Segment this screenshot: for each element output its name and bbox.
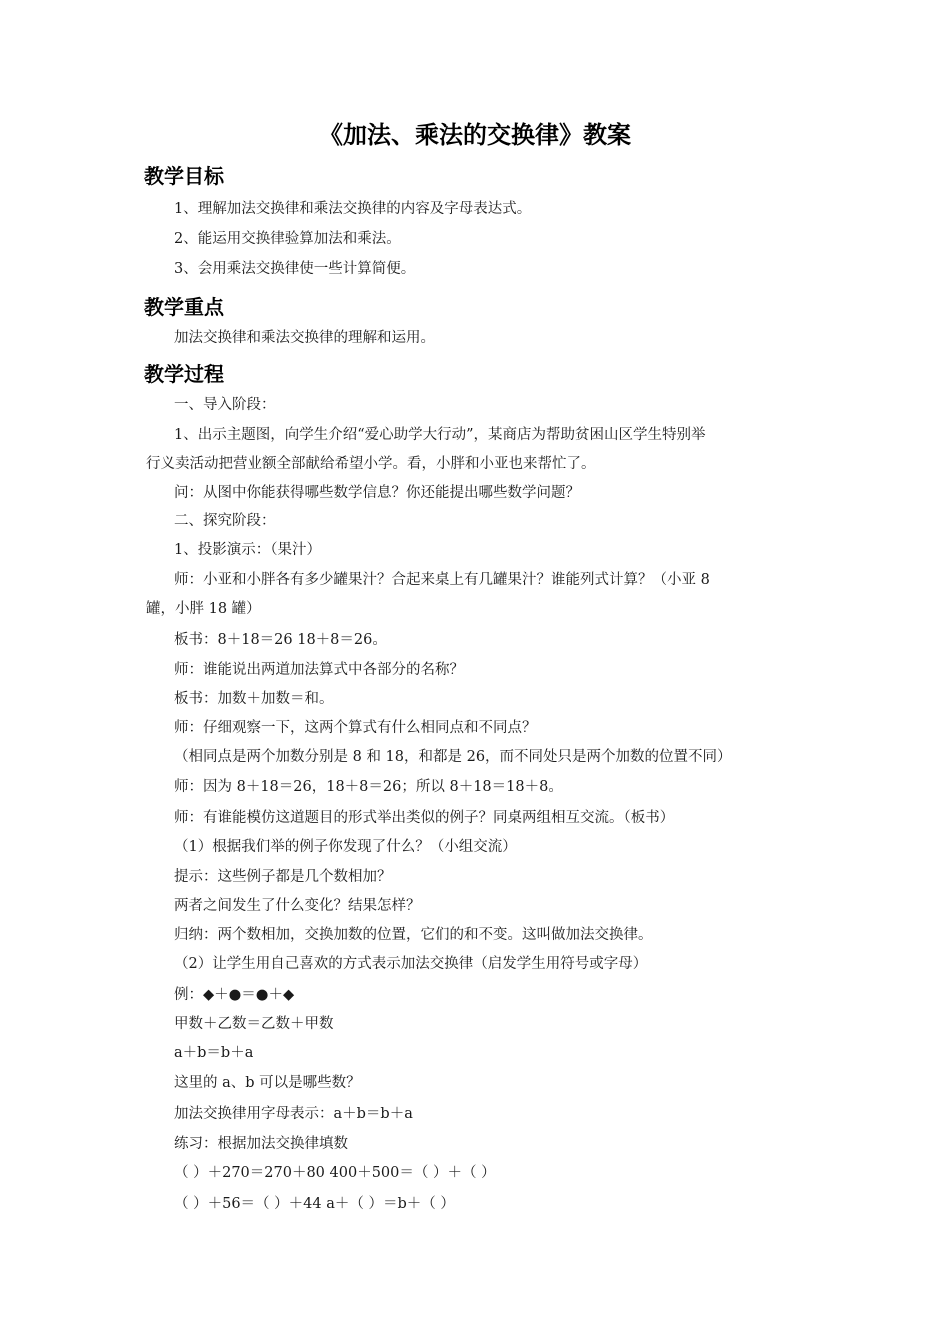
process-line: 加法交换律用字母表示：a＋b＝b＋a [174,1104,413,1124]
exercise-line: （ ）＋56＝（ ）＋44 a＋（ ）＝b＋（ ） [174,1194,455,1214]
process-line: 1、投影演示：（果汁） [174,540,321,560]
process-line: 提示：这些例子都是几个数相加？ [174,867,392,887]
heading-process: 教学过程 [144,358,224,387]
process-line: 板书：8＋18＝26 18＋8＝26。 [174,630,387,650]
process-line: 师：仔细观察一下，这两个算式有什么相同点和不同点？ [174,718,537,738]
objective-item: 3、会用乘法交换律使一些计算简便。 [174,259,415,279]
objective-item: 1、理解加法交换律和乘法交换律的内容及字母表达式。 [174,199,531,219]
process-line: 师：有谁能模仿这道题目的形式举出类似的例子？同桌两组相互交流。（板书） [174,808,674,828]
process-line: 问：从图中你能获得哪些数学信息？你还能提出哪些数学问题？ [174,483,580,503]
process-line: 这里的 a、b 可以是哪些数？ [174,1073,361,1093]
key-points-text: 加法交换律和乘法交换律的理解和运用。 [174,328,435,348]
process-line: 行义卖活动把营业额全部献给希望小学。看，小胖和小亚也来帮忙了。 [146,454,596,474]
process-line: a＋b＝b＋a [174,1043,253,1063]
process-line: 两者之间发生了什么变化？结果怎样？ [174,896,421,916]
heading-objectives: 教学目标 [144,160,224,189]
process-line: （相同点是两个加数分别是 8 和 18，和都是 26，而不同处只是两个加数的位置… [174,747,732,767]
exercise-line: （ ）＋270＝270＋80 400＋500＝（ ）＋（ ） [174,1163,496,1183]
process-line: 归纳：两个数相加，交换加数的位置，它们的和不变。这叫做加法交换律。 [174,925,653,945]
document-title: 《加法、乘法的交换律》教案 [0,115,950,150]
process-line: 一、导入阶段： [174,395,276,415]
process-line: 二、探究阶段： [174,511,276,531]
process-line: 1、出示主题图，向学生介绍“爱心助学大行动”，某商店为帮助贫困山区学生特别举 [174,425,706,445]
process-line: 师：因为 8＋18＝26，18＋8＝26；所以 8＋18＝18＋8。 [174,777,563,797]
process-line: 师：谁能说出两道加法算式中各部分的名称？ [174,660,464,680]
process-line: 练习：根据加法交换律填数 [174,1134,348,1154]
process-line: 例：◆＋●＝●＋◆ [174,985,294,1005]
heading-key-points: 教学重点 [144,291,224,320]
process-line: （1）根据我们举的例子你发现了什么？（小组交流） [174,837,517,857]
document-page: 《加法、乘法的交换律》教案 教学目标 1、理解加法交换律和乘法交换律的内容及字母… [0,0,950,1344]
process-line: 师：小亚和小胖各有多少罐果汁？合起来桌上有几罐果汁？谁能列式计算？（小亚 8 [174,570,710,590]
process-line: 罐，小胖 18 罐） [146,599,261,619]
process-line: 甲数＋乙数＝乙数＋甲数 [174,1014,334,1034]
process-line: 板书：加数＋加数＝和。 [174,689,334,709]
process-line: （2）让学生用自己喜欢的方式表示加法交换律（启发学生用符号或字母） [174,954,647,974]
objective-item: 2、能运用交换律验算加法和乘法。 [174,229,401,249]
